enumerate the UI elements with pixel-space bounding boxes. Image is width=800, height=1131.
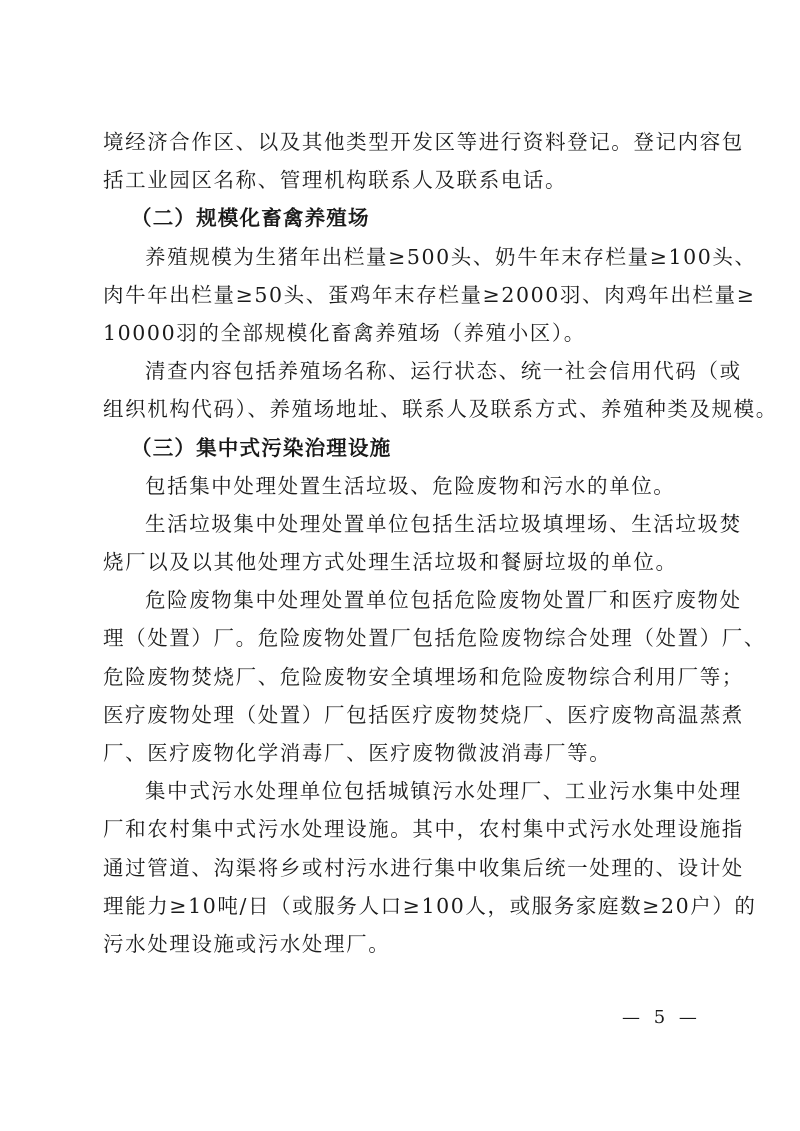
paragraph-line: 包括集中处理处置生活垃圾、危险废物和污水的单位。 [103, 467, 699, 505]
paragraph-line: 危险废物焚烧厂、危险废物安全填埋场和危险废物综合利用厂等； [103, 658, 699, 696]
page-number: — 5 — [622, 1004, 701, 1032]
section-heading-livestock-farms: （二）规模化畜禽养殖场 [103, 199, 699, 237]
section-heading-centralized-treatment: （三）集中式污染治理设施 [103, 429, 699, 467]
paragraph-line: 养殖规模为生猪年出栏量≥500头、奶牛年末存栏量≥100头、 [103, 238, 699, 276]
paragraph-line: 危险废物集中处理处置单位包括危险废物处置厂和医疗废物处 [103, 581, 699, 619]
paragraph-line: 厂和农村集中式污水处理设施。其中，农村集中式污水处理设施指 [103, 810, 699, 848]
paragraph-line: 生活垃圾集中处理处置单位包括生活垃圾填埋场、生活垃圾焚 [103, 505, 699, 543]
paragraph-line: 境经济合作区、以及其他类型开发区等进行资料登记。登记内容包 [103, 123, 699, 161]
paragraph-line: 污水处理设施或污水处理厂。 [103, 925, 699, 963]
paragraph-line: 医疗废物处理（处置）厂包括医疗废物焚烧厂、医疗废物高温蒸煮 [103, 696, 699, 734]
paragraph-line: 集中式污水处理单位包括城镇污水处理厂、工业污水集中处理 [103, 772, 699, 810]
paragraph-line: 10000羽的全部规模化畜禽养殖场（养殖小区）。 [103, 314, 699, 352]
paragraph-line: 括工业园区名称、管理机构联系人及联系电话。 [103, 161, 699, 199]
paragraph-line: 组织机构代码）、养殖场地址、联系人及联系方式、养殖种类及规模。 [103, 390, 699, 428]
paragraph-line: 清查内容包括养殖场名称、运行状态、统一社会信用代码（或 [103, 352, 699, 390]
paragraph-line: 通过管道、沟渠将乡或村污水进行集中收集后统一处理的、设计处 [103, 849, 699, 887]
paragraph-line: 理（处置）厂。危险废物处置厂包括危险废物综合处理（处置）厂、 [103, 619, 699, 657]
paragraph-line: 烧厂以及以其他处理方式处理生活垃圾和餐厨垃圾的单位。 [103, 543, 699, 581]
paragraph-line: 理能力≥10吨/日（或服务人口≥100人，或服务家庭数≥20户）的 [103, 887, 699, 925]
paragraph-line: 厂、医疗废物化学消毒厂、医疗废物微波消毒厂等。 [103, 734, 699, 772]
paragraph-line: 肉牛年出栏量≥50头、蛋鸡年末存栏量≥2000羽、肉鸡年出栏量≥ [103, 276, 699, 314]
document-page: 境经济合作区、以及其他类型开发区等进行资料登记。登记内容包 括工业园区名称、管理… [103, 123, 699, 963]
